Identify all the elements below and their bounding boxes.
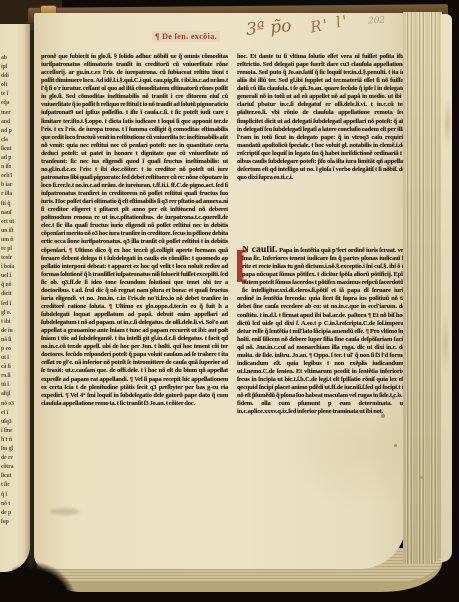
ink-speck (420, 476, 423, 479)
handwritten-note-2: R' l' (309, 11, 351, 36)
ink-speck (394, 444, 397, 447)
margin-smudge (50, 508, 80, 515)
chapter-lemma: N cauſiſ. (242, 246, 278, 255)
gutter-bottom-shadow (12, 556, 84, 602)
fore-edge-outer (441, 14, 452, 562)
facing-page-text-fragments: ab ipſ ddi oft te ĩ eq̃a mer and nd p cl… (1, 54, 15, 532)
running-head: ¶ De ſen. excõia. (152, 31, 220, 42)
book-page: ¶ De ſen. excõia. 3ª p̃o R' l' 202 pronẽ… (34, 13, 406, 569)
ink-speck (381, 414, 385, 418)
book-photo: ab ipſ ddi oft te ĩ eq̃a mer and nd p cl… (0, 0, 459, 602)
ink-speck (392, 396, 395, 399)
text-column-right: hoc. Et dante tu ſi vltima ſolutio eſſet… (237, 53, 405, 500)
right-column-paragraph-2: IN cauſiſ. Papa in ſentẽtia quã p'fert o… (237, 246, 405, 500)
drop-cap-initial: I (237, 247, 239, 289)
fore-edge-pages (403, 12, 442, 564)
handwritten-note-1: 3ª p̃o (245, 16, 292, 40)
right-column-paragraph-2-text: Papa in ſentẽtia quã p'fert ordinẽ iuris… (237, 247, 405, 415)
folio-number: 202 (368, 16, 386, 27)
text-column-left: pronẽ que ſubiecit in glo.ſi. § ſolido a… (41, 53, 228, 505)
right-column-paragraph-1: hoc. Et dante tu ſi vltima ſolutio eſſet… (237, 53, 405, 246)
